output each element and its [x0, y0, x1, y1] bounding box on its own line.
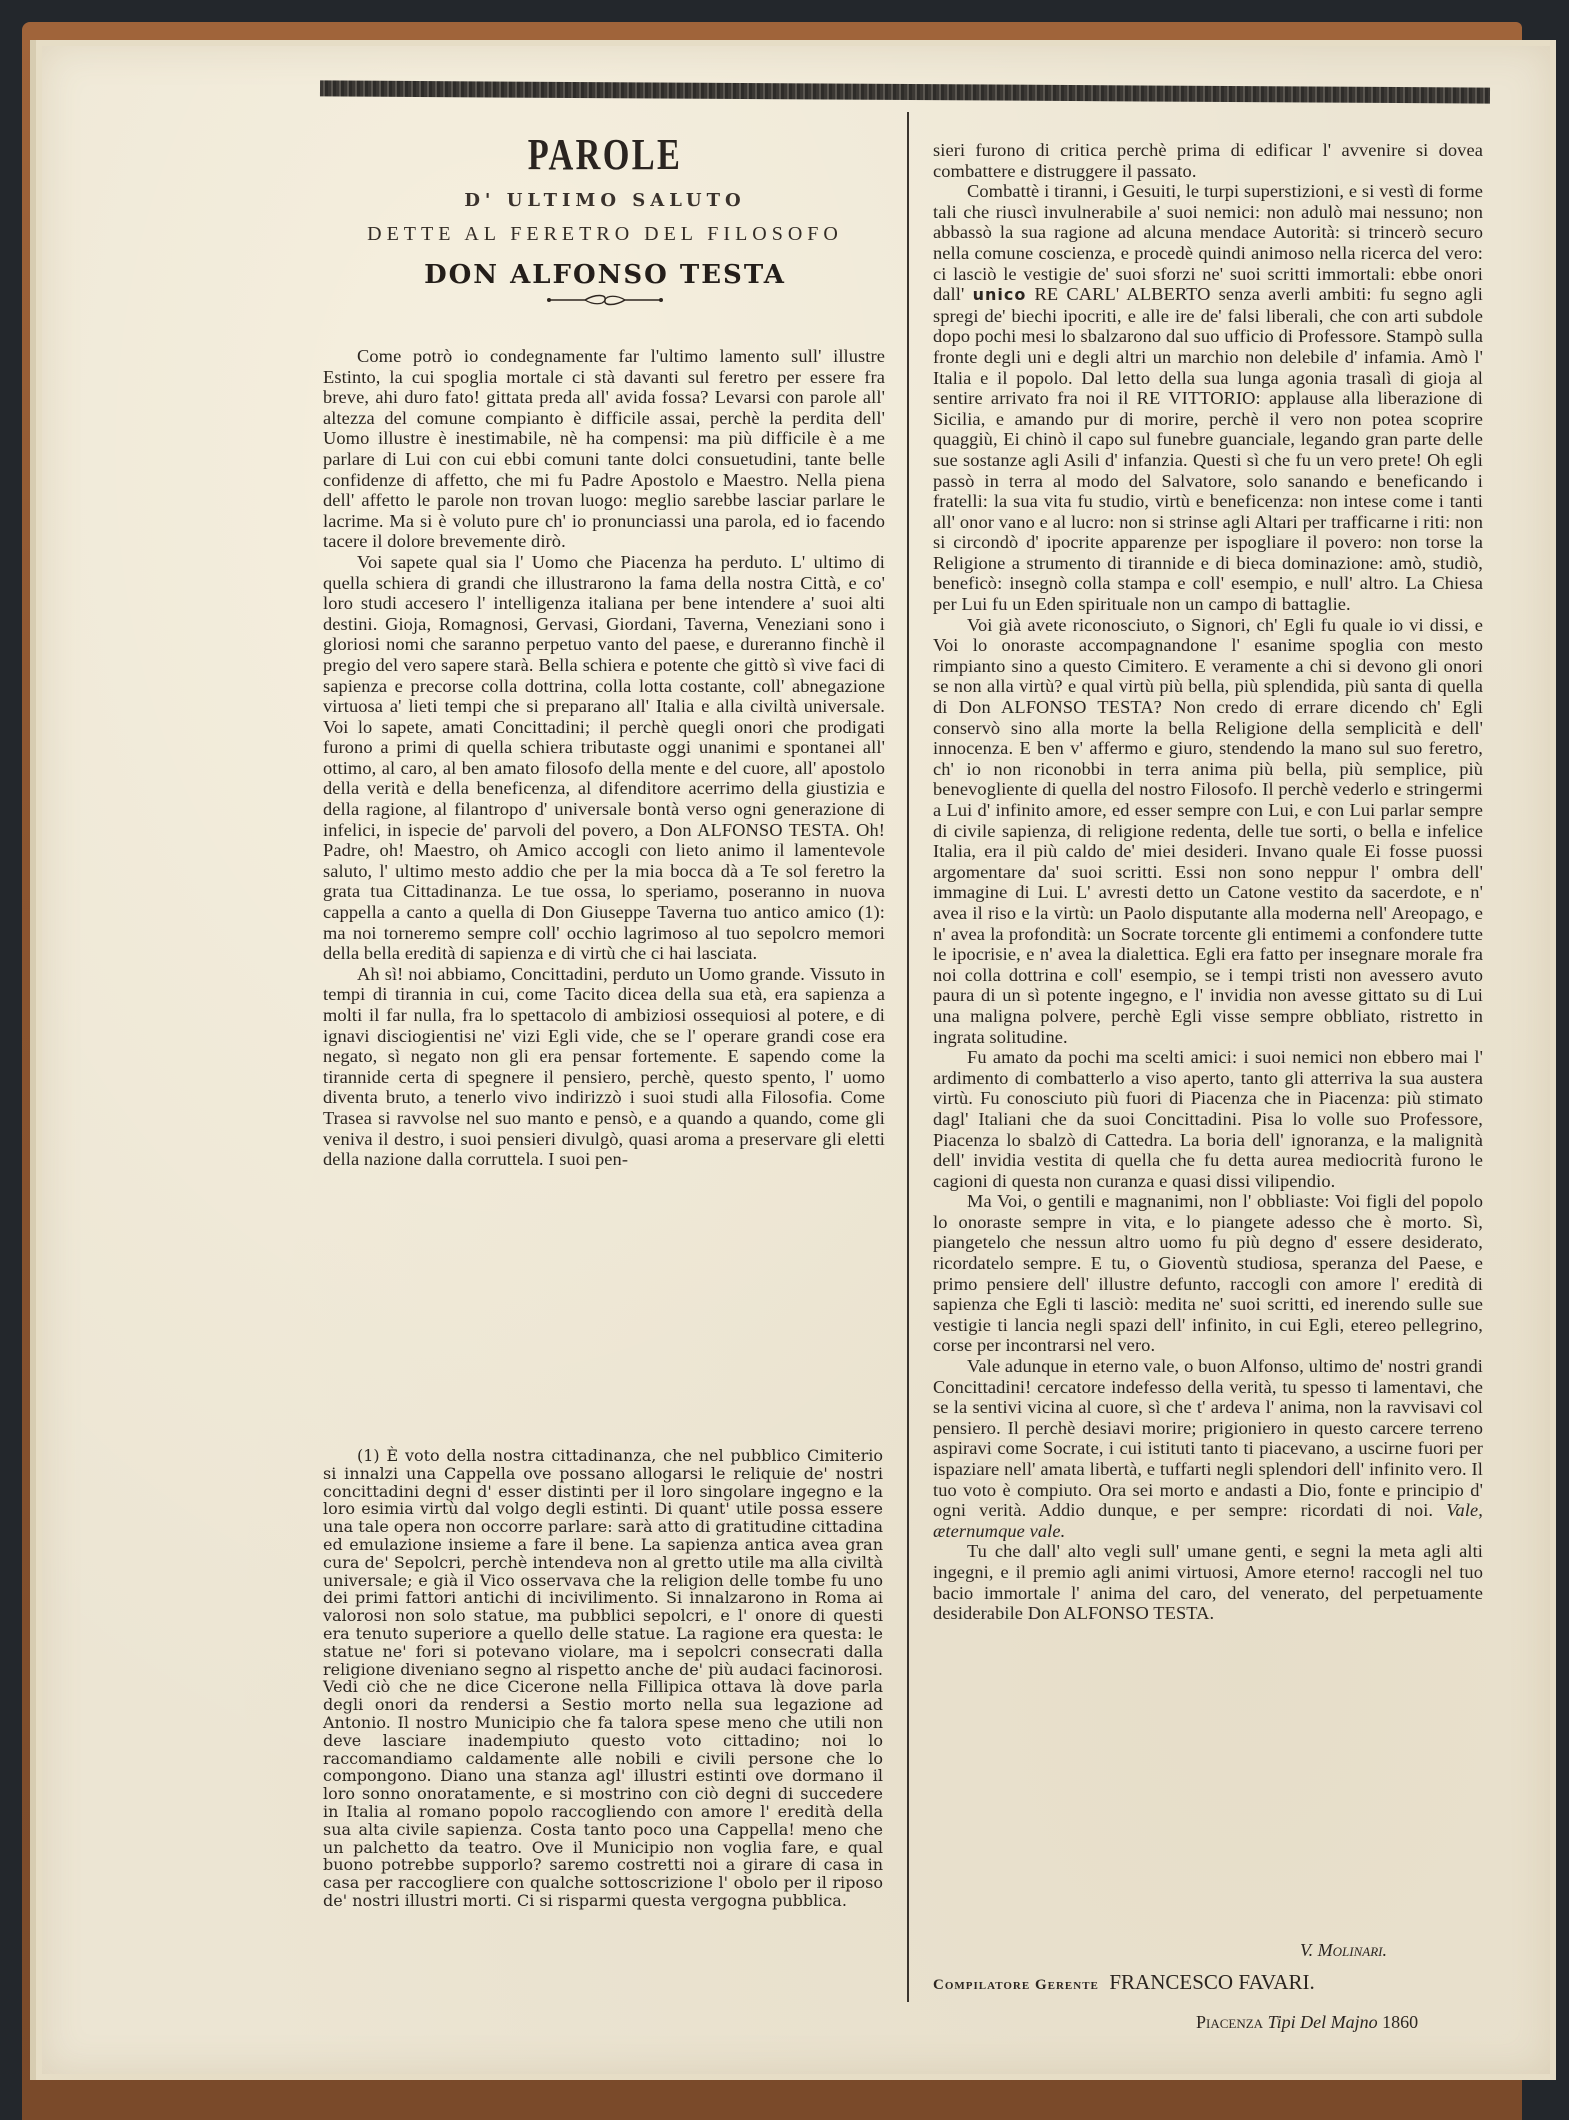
flourish-ornament-icon	[320, 292, 890, 313]
credits-label: Compilatore Gerente	[933, 1977, 1099, 1993]
honoree-name: DON ALFONSO TESTA	[320, 260, 890, 290]
paragraph: Voi già avete riconosciuto, o Signori, c…	[933, 615, 1483, 1047]
paragraph-text: RE CARL' ALBERTO senza averli ambiti: fu…	[933, 284, 1483, 614]
credits-name: FRANCESCO FAVARI.	[1109, 1970, 1314, 1994]
left-column: Come potrò io condegnamente far l'ultimo…	[323, 346, 885, 1170]
author-signature: V. Molinari.	[1300, 1940, 1387, 1961]
paragraph: Tu che dall' alto vegli sull' umane gent…	[933, 1541, 1483, 1623]
imprint-city: Piacenza	[1196, 2012, 1263, 2032]
emphasis-unico: unico	[973, 285, 1027, 304]
subtitle-ornate: D' ULTIMO SALUTO	[320, 190, 890, 211]
column-divider	[907, 112, 909, 2002]
paragraph: Ah sì! noi abbiamo, Concittadini, perdut…	[323, 964, 885, 1170]
paragraph-text: Vale adunque in eterno vale, o buon Alfo…	[933, 1356, 1483, 1520]
subtitle-plain: DETTE AL FERETRO DEL FILOSOFO	[320, 223, 890, 246]
paragraph: Fu amato da pochi ma scelti amici: i suo…	[933, 1047, 1483, 1191]
footnote-text: (1) È voto della nostra cittadinanza, ch…	[323, 1447, 883, 1910]
imprint-printer: Tipi Del Majno	[1268, 2012, 1378, 2032]
footnote: (1) È voto della nostra cittadinanza, ch…	[323, 1447, 883, 1910]
paragraph: Vale adunque in eterno vale, o buon Alfo…	[933, 1356, 1483, 1541]
right-column: sieri furono di critica perchè prima di …	[933, 140, 1483, 1624]
imprint-line: Piacenza Tipi Del Majno 1860	[1196, 2012, 1418, 2033]
paragraph-continuation: sieri furono di critica perchè prima di …	[933, 140, 1483, 181]
title: PAROLE	[383, 129, 828, 180]
paragraph: Voi sapete qual sia l' Uomo che Piacenza…	[323, 552, 885, 964]
paragraph: Come potrò io condegnamente far l'ultimo…	[323, 346, 885, 552]
paragraph: Ma Voi, o gentili e magnanimi, non l' ob…	[933, 1191, 1483, 1356]
credits-line: Compilatore Gerente FRANCESCO FAVARI.	[933, 1970, 1315, 1995]
masthead: PAROLE D' ULTIMO SALUTO DETTE AL FERETRO…	[320, 125, 890, 313]
paragraph: Combattè i tiranni, i Gesuiti, le turpi …	[933, 181, 1483, 614]
imprint-year: 1860	[1382, 2012, 1418, 2032]
